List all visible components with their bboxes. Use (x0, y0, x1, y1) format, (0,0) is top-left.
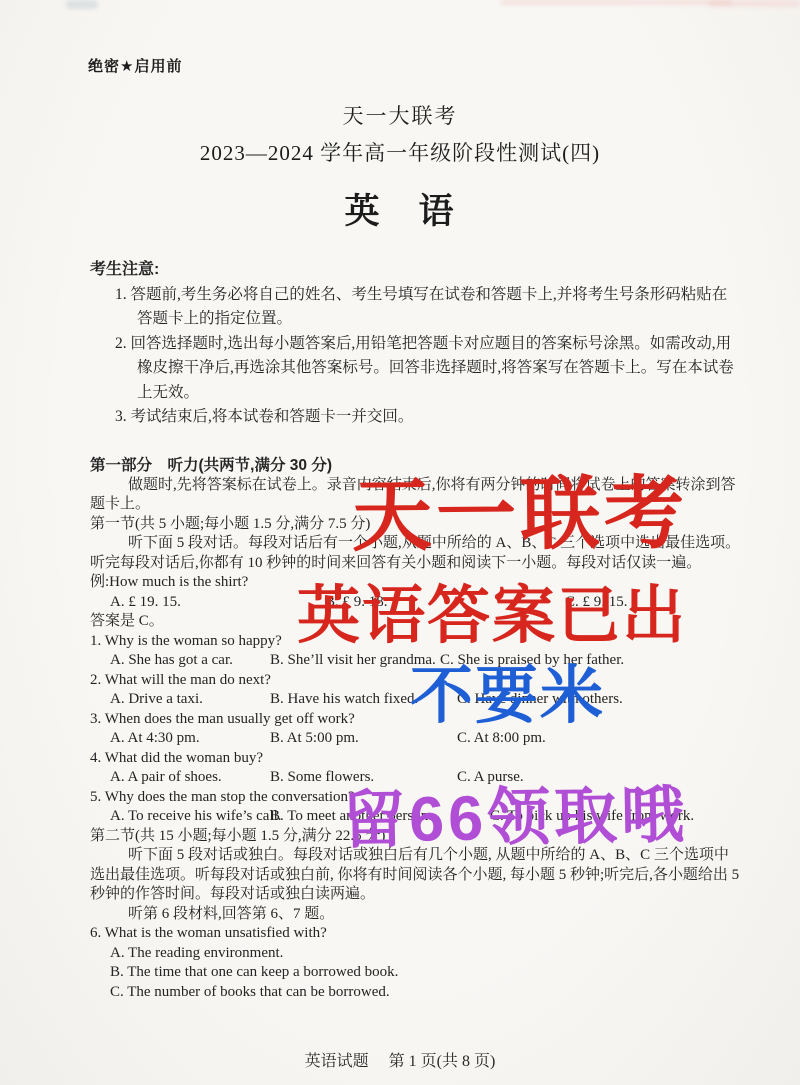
question-1-option-a: A. She has got a car. (110, 651, 233, 671)
exam-organizer-title: 天一大联考 (0, 100, 800, 130)
example-option-a: A. £ 19. 15. (110, 593, 181, 613)
question-3-option-a: A. At 4:30 pm. (110, 729, 200, 749)
question-3-option-b: B. At 5:00 pm. (270, 729, 359, 749)
security-classification-label: 绝密★启用前 (88, 55, 182, 76)
exam-session-title: 2023—2024 学年高一年级阶段性测试(四) (0, 137, 800, 167)
watermark-answers-released: 英语答案已出 (297, 565, 687, 656)
exam-header: 天一大联考 2023—2024 学年高一年级阶段性测试(四) 英 语 (0, 100, 800, 234)
page-footer: 英语试题 第 1 页(共 8 页) (0, 1048, 800, 1071)
question-6-option-b: B. The time that one can keep a borrowed… (90, 963, 742, 983)
material-6-note: 听第 6 段材料,回答第 6、7 题。 (90, 905, 742, 925)
question-6-text: 6. What is the woman unsatisfied with? (90, 924, 742, 944)
notice-item: 2. 回答选择题时,选出每小题答案后,用铅笔把答题卡对应题目的答案标号涂黑。如需… (90, 332, 742, 406)
scan-smudge (66, 0, 98, 9)
watermark-liu66-claim: 留66领取哦 (341, 764, 689, 861)
watermark-no-mi: 不要米 (410, 645, 605, 736)
question-4-option-a: A. A pair of shoes. (110, 768, 222, 788)
scan-smudge (708, 0, 800, 7)
footer-doc-label: 英语试题 (305, 1048, 369, 1071)
notice-item: 3. 考试结束后,将本试卷和答题卡一并交回。 (90, 405, 742, 430)
question-6-option-a: A. The reading environment. (90, 944, 742, 964)
question-2-option-b: B. Have his watch fixed. (270, 690, 418, 710)
scan-smudge (500, 0, 732, 5)
question-2-option-a: A. Drive a taxi. (110, 690, 203, 710)
exam-paper-page: 绝密★启用前 天一大联考 2023—2024 学年高一年级阶段性测试(四) 英 … (0, 0, 800, 1085)
question-5-option-a: A. To receive his wife’s call. (110, 807, 282, 827)
notice-item: 1. 答题前,考生务必将自己的姓名、考生号填写在试卷和答题卡上,并将考生号条形码… (90, 283, 742, 332)
question-6-option-c: C. The number of books that can be borro… (90, 983, 742, 1003)
footer-page-number: 第 1 页(共 8 页) (389, 1048, 496, 1071)
candidate-notice-section: 考生注意: 1. 答题前,考生务必将自己的姓名、考生号填写在试卷和答题卡上,并将… (90, 258, 742, 430)
exam-subject-title: 英 语 (0, 184, 800, 234)
watermark-tianyi-liankao: 天一联考 (352, 449, 689, 567)
notice-title: 考生注意: (90, 258, 742, 283)
